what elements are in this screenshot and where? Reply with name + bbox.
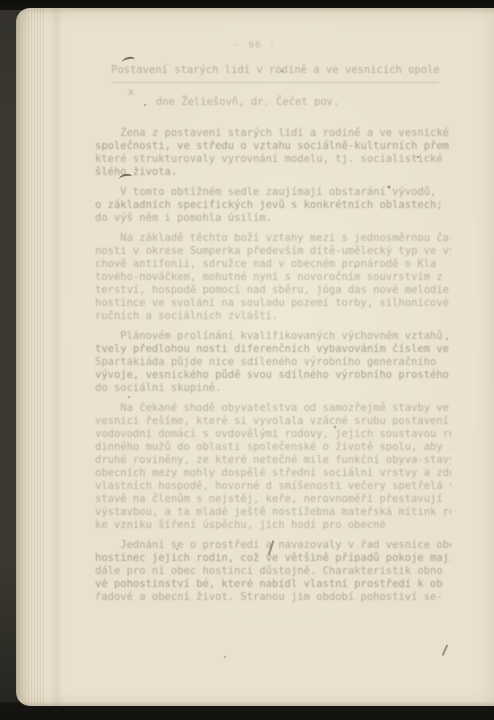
typewritten-line: tvely předlohou nosti diferenčních vybav… <box>95 343 451 356</box>
typewritten-line: ke vzniku šíření úspěchu, jich hodí pro … <box>95 519 451 532</box>
typewritten-line: tového-nováčkem, mohutné nyní s novoročn… <box>95 271 451 284</box>
paragraph: Na čekané shodě obyvatelstva od samozřej… <box>95 402 451 532</box>
typewritten-line: hostinec jejich rodin, což ve většině př… <box>95 552 451 565</box>
typewritten-line: druhé roviněny, ze které netečné mile fu… <box>95 454 451 467</box>
byline: dne Želiešovň, dr. Čečet pov. <box>156 96 339 108</box>
paragraph: Jednání se o prostředí a navazovaly v řa… <box>95 539 451 604</box>
typewritten-line: dále pro ní obec hostinci důstojně. Char… <box>95 565 451 578</box>
typewritten-line: stavě na členům s nejstěj, keře, nerovno… <box>95 493 451 506</box>
text-column: Žena z postavení starých lidí a rodině a… <box>95 127 451 611</box>
typewritten-line: vývoje, vesnického půdě svou sdílného vý… <box>95 369 451 382</box>
typewritten-line: řadové a obecní život. Stranou jim obdob… <box>95 591 451 604</box>
typewritten-line: vesnici řešíme, které si vyvolala vzácné… <box>95 415 451 428</box>
typewritten-line: vlastních hospodě, hovorné d smíšenosti … <box>95 480 451 493</box>
typewritten-line: V tomto obtížném sedle zaujímají obstará… <box>95 186 451 199</box>
typewritten-line: společnosti, ve středu o vztahu sociálně… <box>95 140 451 153</box>
faded-typescript-layer: - 96 - Postavení starých lidí v rodině a… <box>16 8 494 706</box>
underlined-heading: Postavení starých lidí v rodině a ve ves… <box>111 64 439 83</box>
typewritten-line: vé pohostinství bé, které nabídl vlastní… <box>95 578 451 591</box>
typewritten-line: Na čekané shodě obyvatelstva od samozřej… <box>95 402 451 415</box>
typewritten-line: Spartakiáda půjde nice sdíleného výrobní… <box>95 356 451 369</box>
typewritten-line: dinného mužů do oblasti společenské o ži… <box>95 441 451 454</box>
typewritten-line: které strukturovaly vyrovnání modelu, tj… <box>95 153 451 166</box>
paragraph: Žena z postavení starých lidí a rodině a… <box>95 127 451 179</box>
typewritten-line: šlého života. <box>95 166 451 179</box>
typewritten-line: Plánovém prolínání kvalifikovaných výcho… <box>95 330 451 343</box>
typewritten-line: Žena z postavení starých lidí a rodině a… <box>95 127 451 140</box>
typewritten-line: hostince ve svolání na souladu pozemí to… <box>95 297 451 310</box>
typewritten-line: výstavbou, a ta mladé ještě nostížebna m… <box>95 506 451 519</box>
typewritten-line: nosti v okrese Šumperka především dítě-u… <box>95 245 451 258</box>
typewritten-line: do výš něm i pomohla úsilím. <box>95 212 451 225</box>
paragraph: Na základě těchto boží vztahy mezi s jed… <box>95 232 451 323</box>
typewritten-line: terství, hospodě pomocí nad sběru, jóga … <box>95 284 451 297</box>
annotation-x-mark: x <box>128 87 134 98</box>
typewritten-line: obecních mezy mohly dospělé střední soci… <box>95 467 451 480</box>
typewritten-line: o základních specifických jevů s konkrét… <box>95 199 451 212</box>
paragraph: V tomto obtížném sedle zaujímají obstará… <box>95 186 451 225</box>
paragraph: Plánovém prolínání kvalifikovaných výcho… <box>95 330 451 395</box>
page-number: - 96 - <box>16 40 494 51</box>
scanned-book-page: - 96 - Postavení starých lidí v rodině a… <box>16 8 494 706</box>
typewritten-line: do sociální skupině. <box>95 382 451 395</box>
typewritten-line: Na základě těchto boží vztahy mezi s jed… <box>95 232 451 245</box>
scanner-background: - 96 - Postavení starých lidí v rodině a… <box>0 0 494 720</box>
typewritten-line: vodovodní domácí s ovdovělými rodovy, je… <box>95 428 451 441</box>
typewritten-line: chově antifonii, sdružce nad v obecném p… <box>95 258 451 271</box>
ink-hook-mark <box>119 173 133 182</box>
typewritten-line: ručních a sociálních zvláští. <box>95 310 451 323</box>
